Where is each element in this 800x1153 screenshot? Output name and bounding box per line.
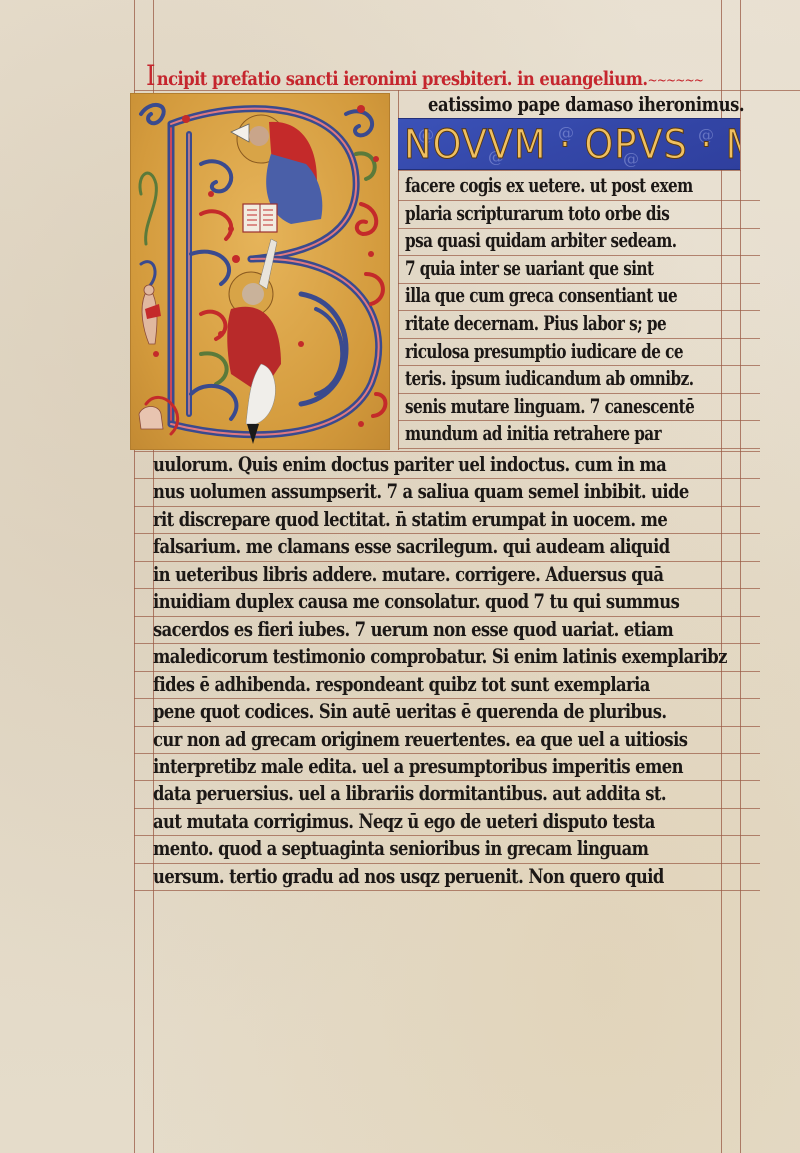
text-line: ritate decernam. Pius labor s; pe: [405, 310, 666, 337]
text-line: facere cogis ex uetere. ut post exem: [405, 172, 693, 199]
text-line: uersum. tertio gradu ad nos usqz perueni…: [153, 863, 664, 890]
text-line: mento. quod a septuaginta senioribus in …: [153, 835, 648, 862]
rubric-initial: I: [146, 59, 155, 92]
text-line: illa que cum greca consentiant ue: [405, 282, 677, 309]
text-line: mundum ad initia retrahere par: [405, 420, 661, 447]
text-line: in ueteribus libris addere. mutare. corr…: [153, 561, 663, 588]
rubric-text: ncipit prefatio sancti ieronimi presbite…: [157, 68, 648, 90]
text-line: cur non ad grecam originem reuertentes. …: [153, 726, 687, 753]
text-line: falsarium. me clamans esse sacrilegum. q…: [153, 533, 670, 560]
ruling-line: [134, 890, 760, 891]
text-line: rit discrepare quod lectitat. n̄ statim …: [153, 506, 667, 533]
text-line: plaria scripturarum toto orbe dis: [405, 200, 669, 227]
text-line: data peruersius. uel a librariis dormita…: [153, 780, 666, 807]
text-line: inuidiam duplex causa me consolatur. quo…: [153, 588, 679, 615]
text-line: senis mutare linguam. 7 canescentē: [405, 393, 694, 420]
text-line: sacerdos es fieri iubes. 7 uerum non ess…: [153, 616, 673, 643]
ruling-line: [398, 170, 741, 171]
text-line: fides ē adhibenda. respondeant quibz tot…: [153, 671, 650, 698]
ruling-right-outer: [740, 0, 741, 1153]
rubric-flourish: ~~~~~~: [648, 73, 703, 89]
text-line: aut mutata corrigimus. Neqz ū ego de uet…: [153, 808, 655, 835]
display-script-text: NOVVM · OPVS · ME: [404, 123, 740, 167]
address-line: eatissimo pape damaso iheronimus.: [428, 90, 690, 118]
text-line: psa quasi quidam arbiter sedeam.: [405, 227, 677, 254]
historiated-initial-icon: [130, 93, 390, 450]
text-line: 7 quia inter se uariant que sint: [405, 255, 653, 282]
text-line: pene quot codices. Sin autē ueritas ē qu…: [153, 698, 666, 725]
ruling-line: [398, 448, 760, 449]
text-line: maledicorum testimonio comprobatur. Si e…: [153, 643, 727, 670]
text-line: uulorum. Quis enim doctus pariter uel in…: [153, 451, 666, 478]
text-line: teris. ipsum iudicandum ab omnibz.: [405, 365, 693, 392]
text-line: riculosa presumptio iudicare de ce: [405, 338, 683, 365]
display-script-band: @ @ @ @ @ NOVVM · OPVS · ME: [398, 118, 740, 170]
ruling-right-inner: [721, 0, 722, 1153]
text-line: nus uolumen assumpserit. 7 a saliua quam…: [153, 478, 689, 505]
initial-b-illumination-icon: [131, 94, 390, 450]
rubric-heading: Incipit prefatio sancti ieronimi presbit…: [146, 62, 645, 90]
text-line: interpretibz male edita. uel a presumpto…: [153, 753, 683, 780]
